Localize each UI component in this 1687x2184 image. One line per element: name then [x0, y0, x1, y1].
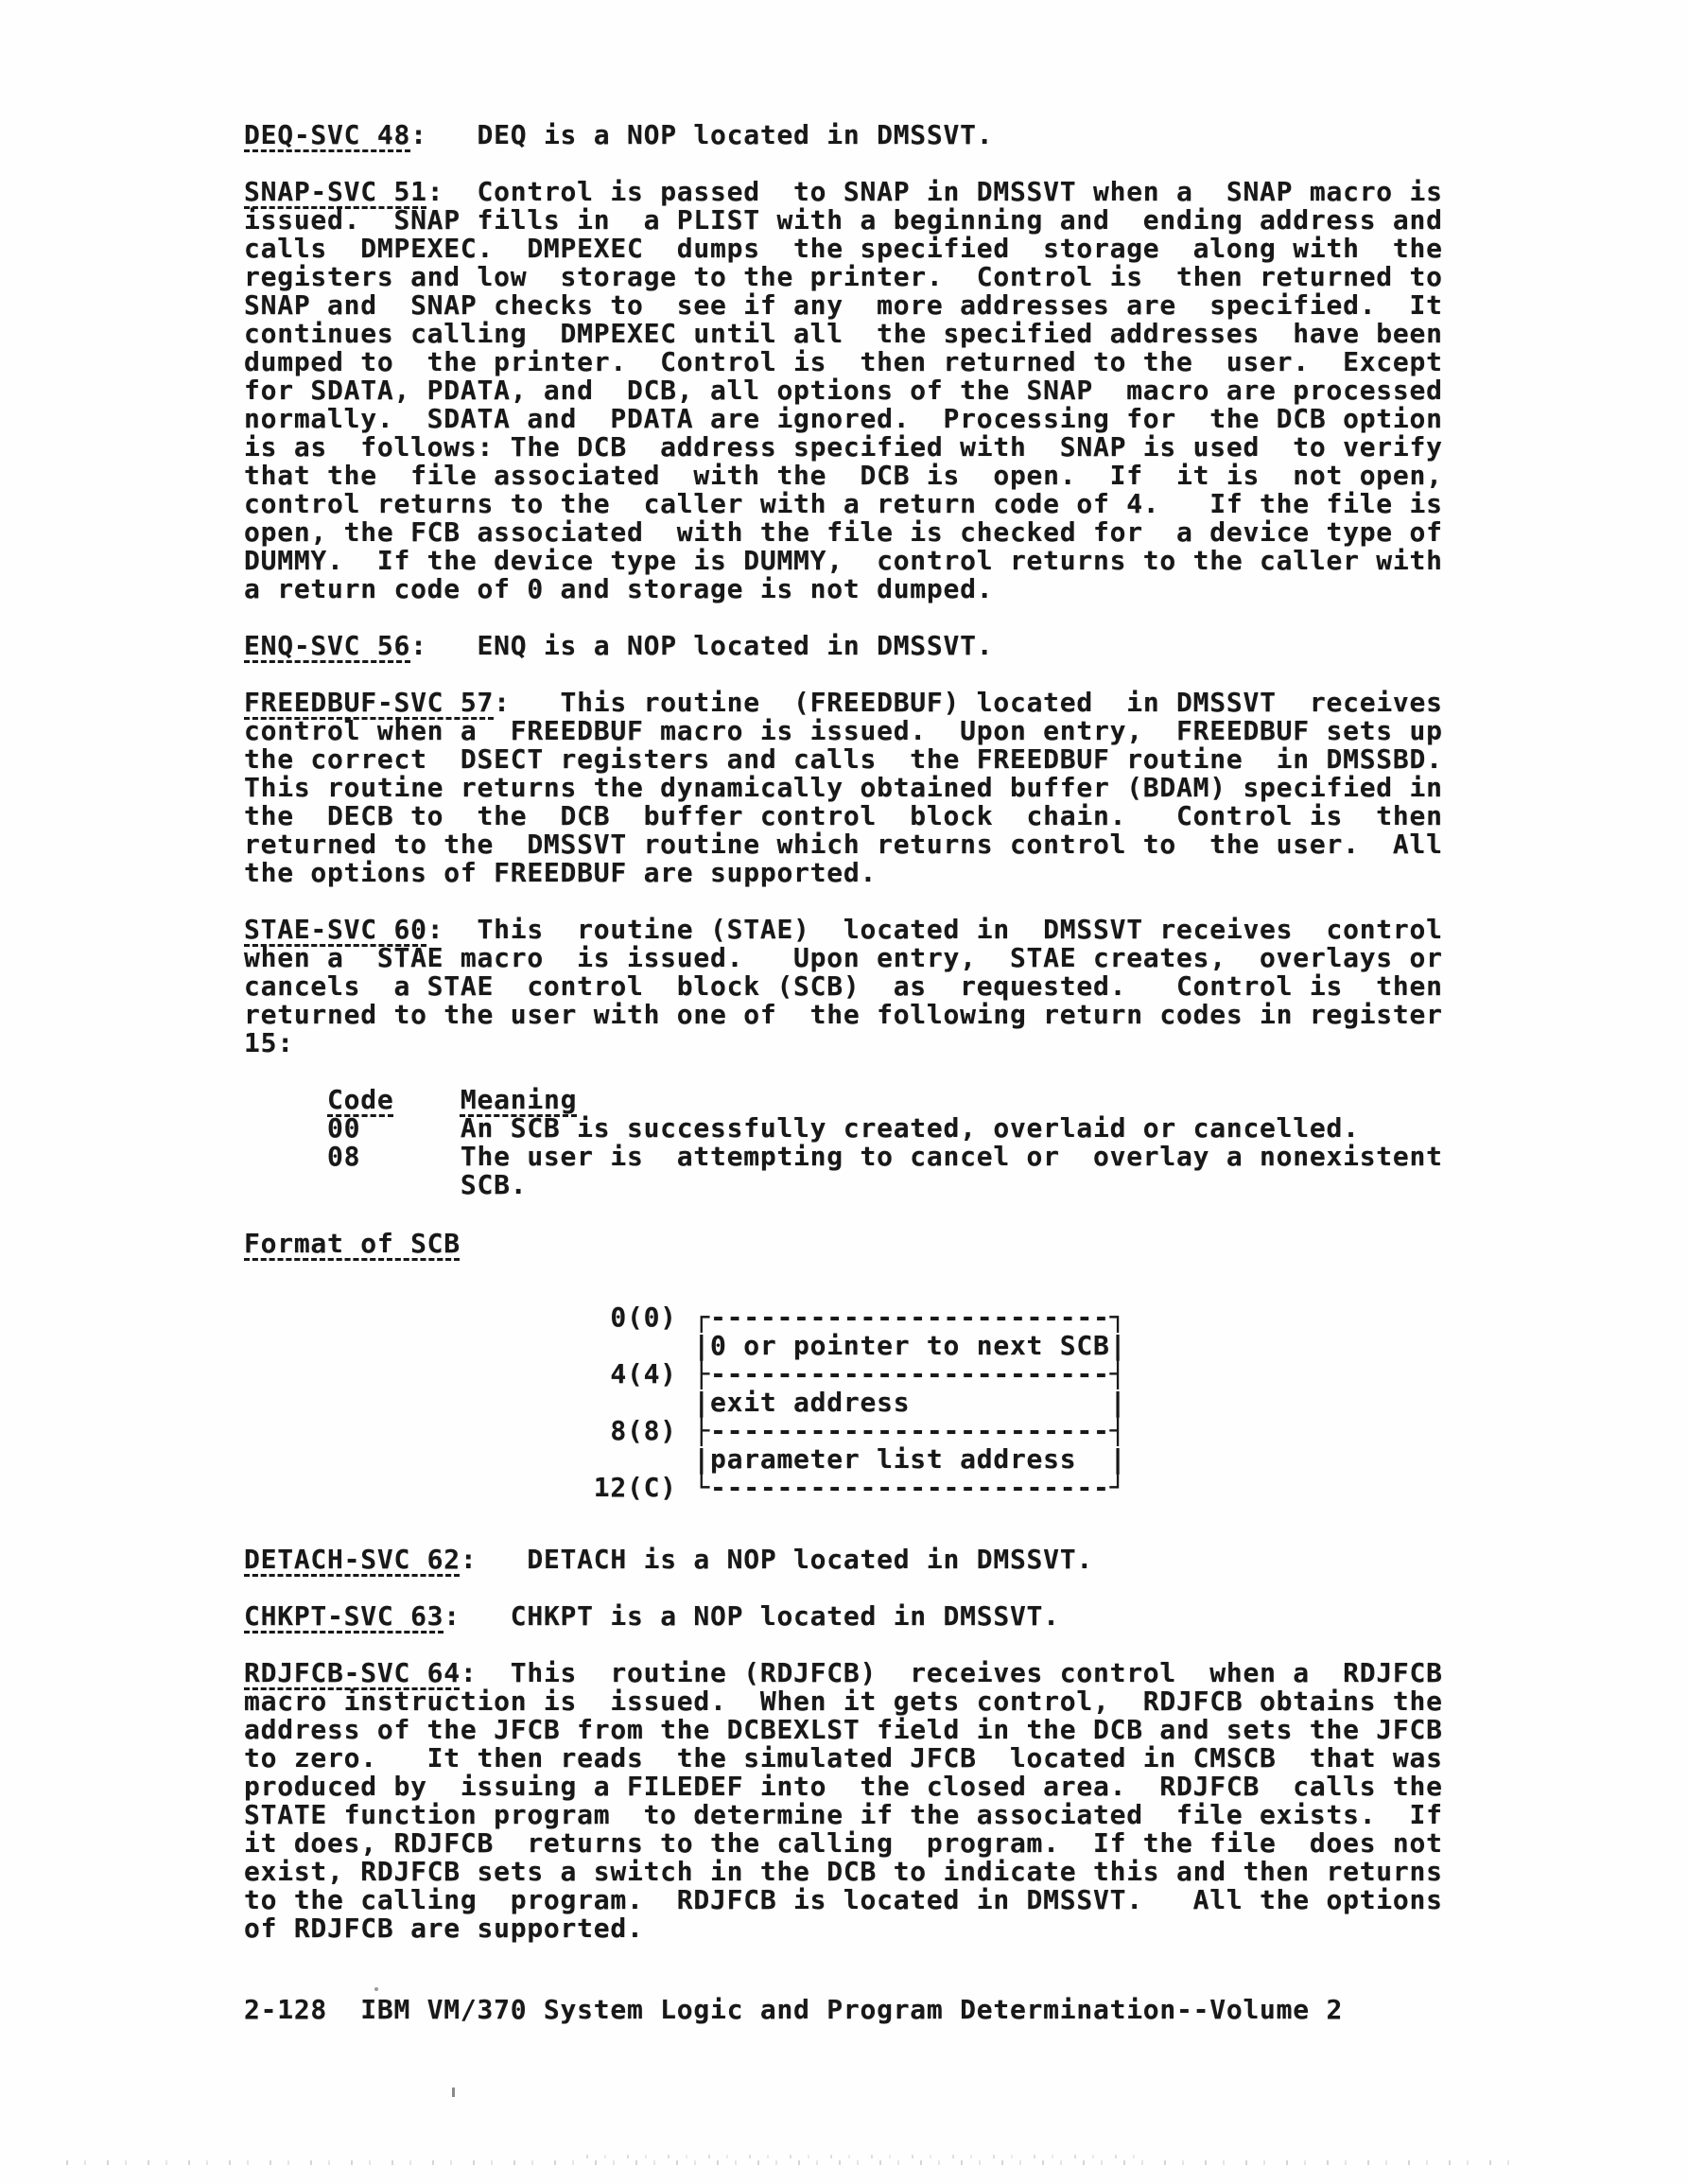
section-heading-stae: STAE-SVC 60: [244, 914, 427, 945]
section-snap-svc-51: SNAP-SVC 51: Control is passed to SNAP i…: [244, 178, 1511, 603]
scan-artifact-tick: [452, 2088, 455, 2097]
scan-artifact-noise-row-2: [586, 2155, 1154, 2158]
scb-format-diagram: 0(0) ┌------------------------┐ |0 or po…: [244, 1303, 1511, 1502]
section-firstline-snap: : Control is passed to SNAP in DMSSVT wh…: [427, 176, 1443, 207]
section-heading-chkpt: CHKPT-SVC 63: [244, 1600, 443, 1632]
section-heading-detach: DETACH-SVC 62: [244, 1544, 461, 1575]
section-heading-enq: ENQ-SVC 56: [244, 630, 410, 661]
scan-artifact-noise-row: [66, 2160, 1513, 2165]
section-freedbuf-svc-57: FREEDBUF-SVC 57: This routine (FREEDBUF)…: [244, 689, 1511, 887]
section-heading-deq: DEQ-SVC 48: [244, 119, 410, 150]
table-gap: [393, 1084, 460, 1115]
section-body-rdjfcb: macro instruction is issued. When it get…: [244, 1686, 1443, 1944]
scan-artifact-dot: [374, 1987, 378, 1991]
section-text-detach: : DETACH is a NOP located in DMSSVT.: [461, 1544, 1093, 1575]
return-code-table: Code Meaning 00 An SCB is successfully c…: [244, 1086, 1511, 1199]
section-text-enq: : ENQ is a NOP located in DMSSVT.: [410, 630, 993, 661]
section-text-deq: : DEQ is a NOP located in DMSSVT.: [410, 119, 993, 150]
page-body: DEQ-SVC 48: DEQ is a NOP located in DMSS…: [244, 121, 1511, 2024]
section-heading-rdjfcb: RDJFCB-SVC 64: [244, 1657, 461, 1688]
section-chkpt-svc-63: CHKPT-SVC 63: CHKPT is a NOP located in …: [244, 1602, 1511, 1631]
scb-format-heading: Format of SCB: [244, 1230, 1511, 1258]
section-detach-svc-62: DETACH-SVC 62: DETACH is a NOP located i…: [244, 1546, 1511, 1574]
return-code-rows: 00 An SCB is successfully created, overl…: [244, 1112, 1443, 1200]
section-deq-svc-48: DEQ-SVC 48: DEQ is a NOP located in DMSS…: [244, 121, 1511, 149]
section-body-freedbuf: control when a FREEDBUF macro is issued.…: [244, 715, 1443, 888]
section-firstline-stae: : This routine (STAE) located in DMSSVT …: [427, 914, 1443, 945]
section-heading-snap: SNAP-SVC 51: [244, 176, 427, 207]
code-column-header: Code: [327, 1084, 393, 1115]
section-body-stae: when a STAE macro is issued. Upon entry,…: [244, 942, 1443, 1058]
section-body-snap: issued. SNAP fills in a PLIST with a beg…: [244, 204, 1443, 604]
section-rdjfcb-svc-64: RDJFCB-SVC 64: This routine (RDJFCB) rec…: [244, 1659, 1511, 1943]
page-footer: 2-128 IBM VM/370 System Logic and Progra…: [244, 1996, 1511, 2024]
section-stae-svc-60: STAE-SVC 60: This routine (STAE) located…: [244, 916, 1511, 1057]
section-enq-svc-56: ENQ-SVC 56: ENQ is a NOP located in DMSS…: [244, 632, 1511, 660]
scb-format-heading-text: Format of SCB: [244, 1228, 461, 1259]
section-firstline-rdjfcb: : This routine (RDJFCB) receives control…: [461, 1657, 1443, 1688]
table-indent: [244, 1084, 327, 1115]
meaning-column-header: Meaning: [461, 1084, 577, 1115]
manual-page: DEQ-SVC 48: DEQ is a NOP located in DMSS…: [0, 0, 1687, 2184]
section-heading-freedbuf: FREEDBUF-SVC 57: [244, 687, 494, 718]
section-text-chkpt: : CHKPT is a NOP located in DMSSVT.: [443, 1600, 1059, 1632]
section-firstline-freedbuf: : This routine (FREEDBUF) located in DMS…: [494, 687, 1443, 718]
